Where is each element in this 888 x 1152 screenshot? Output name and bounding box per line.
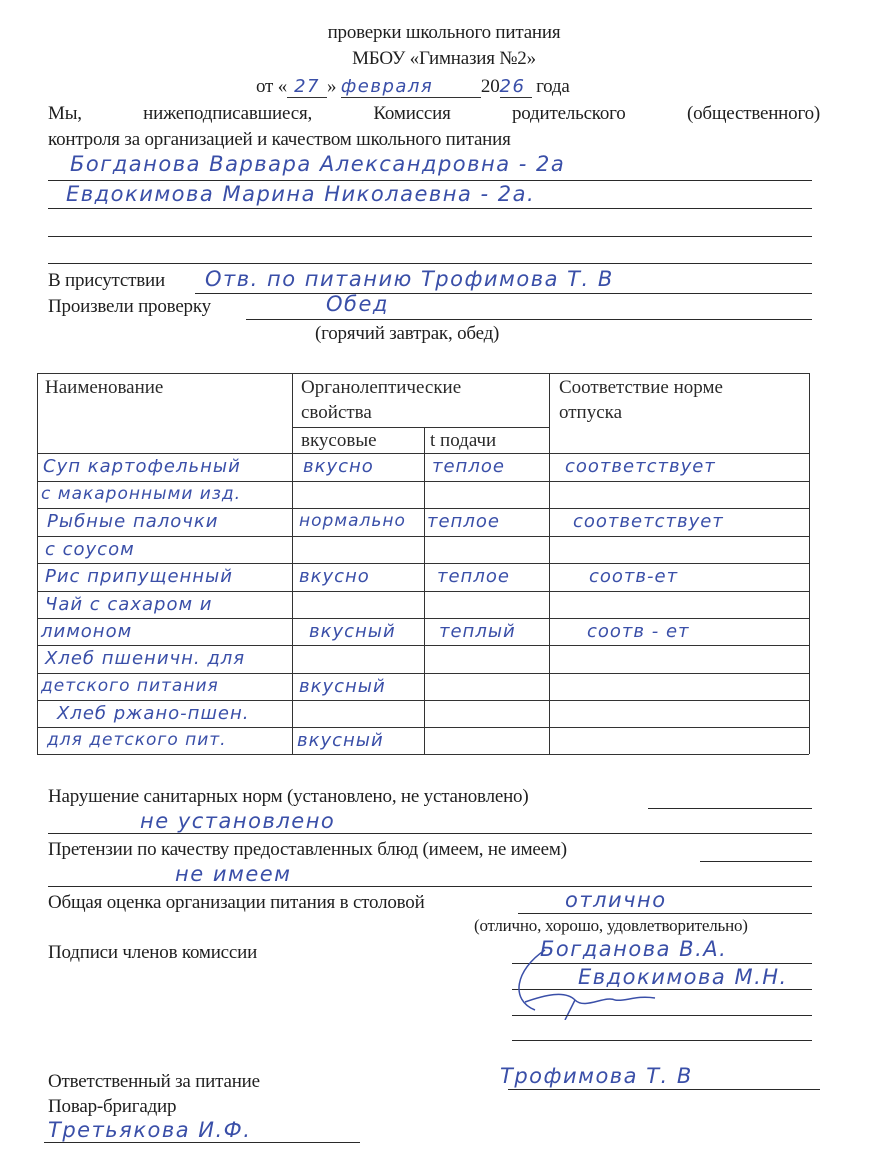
inspection-label: Произвели проверку (48, 296, 211, 318)
claims-underline-2 (48, 886, 812, 887)
signatures-label: Подписи членов комиссии (48, 942, 257, 964)
chef-underline (44, 1142, 360, 1143)
claims-label: Претензии по качеству предоставленных бл… (48, 839, 567, 861)
sanitary-value: не установлено (140, 809, 335, 833)
row-divider (37, 591, 809, 592)
presence-label: В присутствии (48, 270, 165, 292)
responsible-label: Ответственный за питание (48, 1071, 260, 1093)
row-divider (37, 645, 809, 646)
subheader-divider (292, 427, 549, 428)
rating-value: отлично (565, 888, 667, 912)
header-norm: Соответствие норме (559, 377, 723, 399)
member-1: Богданова Варвара Александровна - 2а (70, 152, 565, 176)
intro-line-2: контроля за организацией и качеством шко… (48, 129, 511, 151)
document-title: проверки школьного питания (0, 22, 888, 44)
table-border-left (37, 373, 38, 754)
row-divider (37, 508, 809, 509)
presence-underline (195, 293, 812, 294)
signature-line-3 (512, 1015, 812, 1016)
chef-value: Третьякова И.Ф. (48, 1118, 251, 1142)
claims-underline-1 (700, 861, 812, 862)
signature-line-4 (512, 1040, 812, 1041)
member-2: Евдокимова Марина Николаевна - 2а. (66, 182, 535, 206)
date-year: 26 (500, 76, 532, 98)
date-line: от «27» февраля2026 года (256, 76, 570, 98)
table-border-right (809, 373, 810, 754)
row-divider (37, 536, 809, 537)
row-divider (37, 563, 809, 564)
rating-underline (518, 913, 812, 914)
table-border-bottom (37, 754, 809, 755)
intro-line-1: Мы, нижеподписавшиеся, Комиссия родитель… (48, 103, 820, 125)
date-day: 27 (287, 76, 327, 98)
sanitary-underline-2 (48, 833, 812, 834)
blank-underline-2 (48, 263, 812, 264)
header-name: Наименование (45, 377, 163, 399)
row-divider (37, 481, 809, 482)
signature-scribble-icon (505, 940, 685, 1020)
rating-hint: (отлично, хорошо, удовлетворительно) (474, 916, 748, 936)
responsible-signature: Трофимова Т. В (500, 1064, 693, 1088)
header-taste: вкусовые (301, 430, 377, 452)
chef-label: Повар-бригадир (48, 1096, 176, 1118)
col-divider (292, 373, 293, 754)
header-temp: t подачи (430, 430, 496, 452)
member-2-underline (48, 208, 812, 209)
inspection-value: Обед (326, 292, 389, 316)
row-divider (37, 618, 809, 619)
inspection-table: Наименование Органолептические свойства … (37, 373, 809, 754)
inspection-underline (246, 319, 812, 320)
inspection-hint: (горячий завтрак, обед) (315, 323, 499, 345)
row-divider (37, 727, 809, 728)
row-divider (37, 700, 809, 701)
header-bottom (37, 453, 809, 454)
presence-value: Отв. по питанию Трофимова Т. В (205, 267, 614, 291)
header-organoleptic-2: свойства (301, 402, 372, 424)
member-1-underline (48, 180, 812, 181)
row-divider (37, 673, 809, 674)
blank-underline-1 (48, 236, 812, 237)
header-organoleptic: Органолептические (301, 377, 461, 399)
sanitary-label: Нарушение санитарных норм (установлено, … (48, 786, 528, 808)
responsible-signature-line (508, 1089, 820, 1090)
rating-label: Общая оценка организации питания в столо… (48, 892, 425, 914)
date-month: февраля (341, 76, 481, 98)
school-name: МБОУ «Гимназия №2» (0, 48, 888, 70)
sanitary-underline-1 (648, 808, 812, 809)
claims-value: не имеем (175, 862, 292, 886)
col-divider (549, 373, 550, 754)
col-divider (424, 427, 425, 754)
table-border-top (37, 373, 809, 374)
header-norm-2: отпуска (559, 402, 622, 424)
